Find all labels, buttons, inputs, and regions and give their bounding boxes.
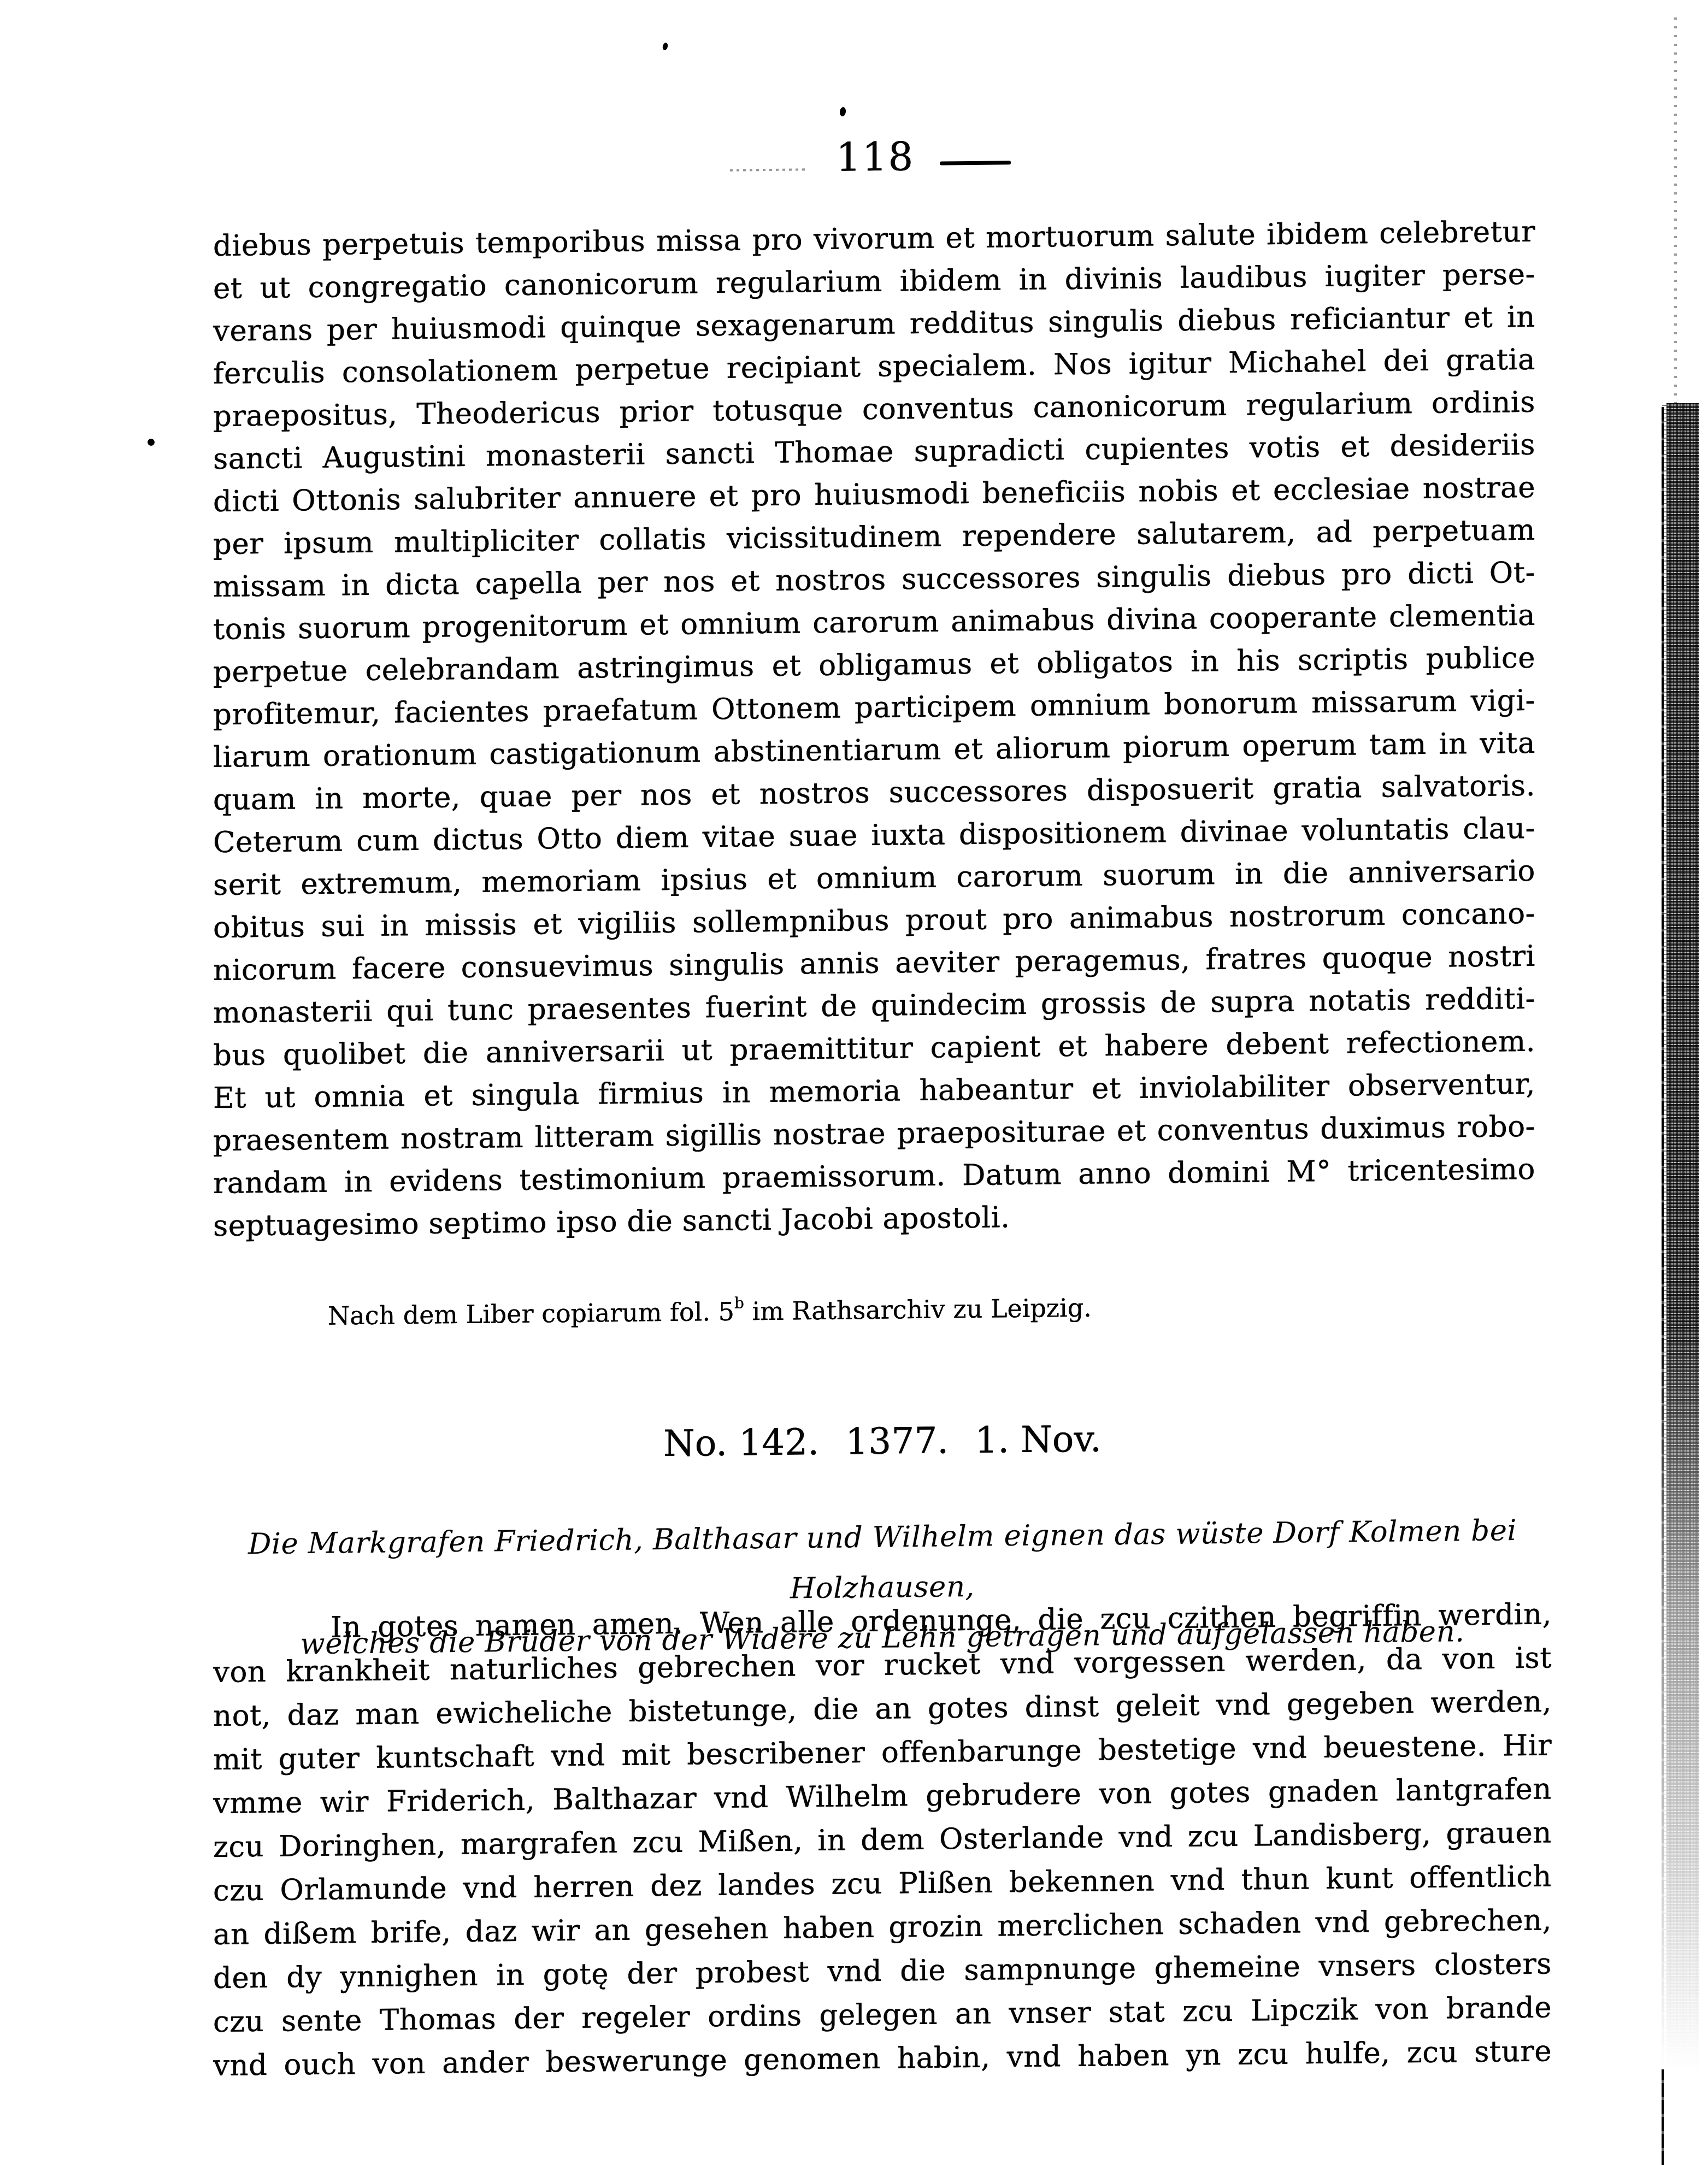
scan-edge-noise-band [1666,403,1699,2069]
folio-superscript: b [734,1294,744,1312]
scanned-book-page: { "colors": { "ink": "#050505", "paper":… [0,0,1708,2165]
entry-number: No. 142. [663,1421,819,1465]
scan-edge-dotted-line [1674,11,1677,404]
source-note-text: Nach dem Liber copiarum fol. 5 [328,1297,734,1331]
german-charter-paragraph: In gotes namen amen. Wen alle ordenunge,… [213,1592,1552,2088]
source-note: Nach dem Liber copiarum fol. 5b im Raths… [328,1279,1530,1331]
page-number-left-dash [730,168,808,172]
entry-date: 1. Nov. [975,1418,1102,1461]
page-content: 118 diebus perpetuis temporibus missa pr… [213,0,1552,2165]
ink-speck [148,439,155,446]
latin-charter-paragraph: diebus perpetuis temporibus missa pro vi… [213,211,1535,1248]
entry-year: 1377. [845,1419,949,1462]
entry-heading: No. 142.1377.1. Nov. [213,1412,1552,1471]
page-number-right-dash [940,161,1011,165]
page-number: 118 [836,133,914,180]
source-note-text-end: im Rathsarchiv zu Leipzig. [744,1293,1092,1326]
